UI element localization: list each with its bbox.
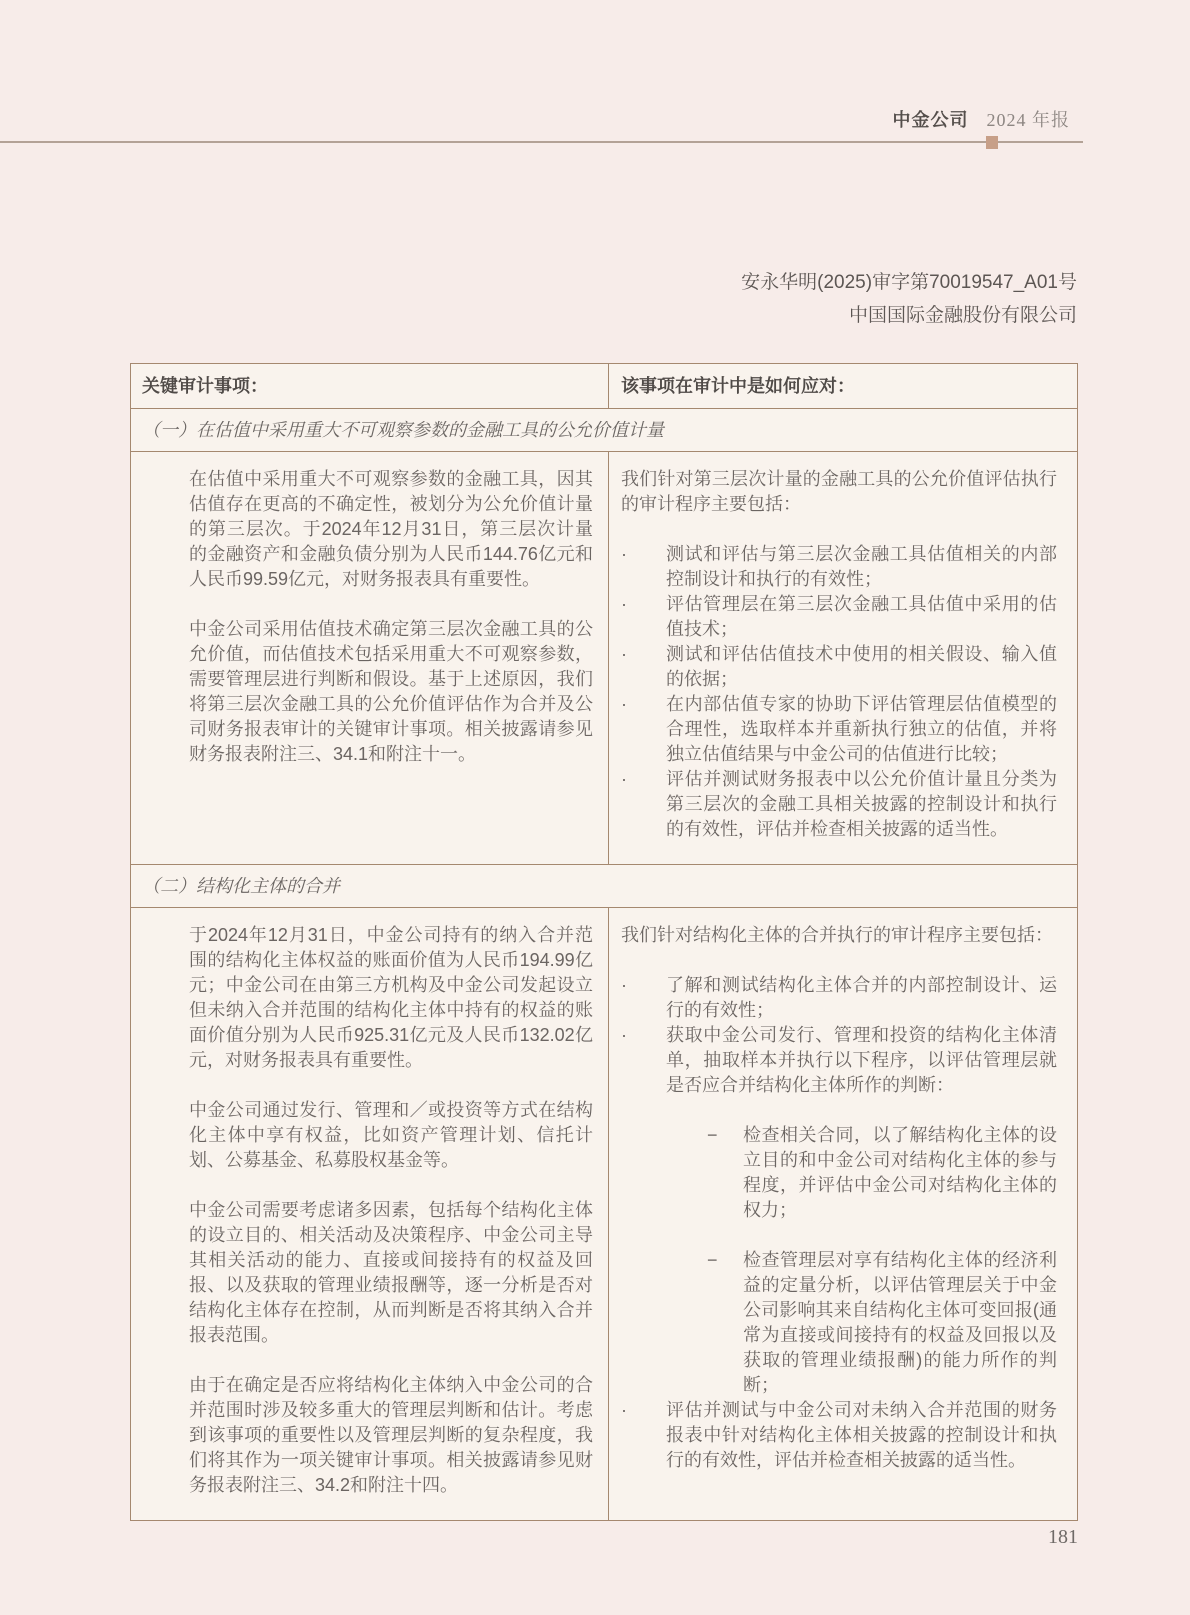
brand-name: 中金公司 [893,110,969,130]
bullet-marker: · [621,1023,666,1098]
paragraph: 中金公司采用估值技术确定第三层次金融工具的公允价值，而估值技术包括采用重大不可观… [189,617,593,767]
bullet-marker: · [621,767,666,842]
paragraph: 于2024年12月31日，中金公司持有的纳入合并范围的结构化主体权益的账面价值为… [189,923,593,1073]
bullet-text: 评估管理层在第三层次金融工具估值中采用的估值技术； [666,592,1057,642]
paragraph: 由于在确定是否应将结构化主体纳入中金公司的合并范围时涉及较多重大的管理层判断和估… [189,1373,593,1498]
bullet-marker: · [621,592,666,642]
dash-marker: − [707,1248,743,1398]
bullet-text: 评估并测试与中金公司对未纳入合并范围的财务报表中针对结构化主体相关披露的控制设计… [666,1398,1057,1473]
bullet-item: · 评估并测试财务报表中以公允价值计量且分类为第三层次的金融工具相关披露的控制设… [621,767,1057,842]
bullet-text: 测试和评估与第三层次金融工具估值相关的内部控制设计和执行的有效性； [666,542,1057,592]
header-rule [0,141,1083,143]
section-2-content-row: 于2024年12月31日，中金公司持有的纳入合并范围的结构化主体权益的账面价值为… [131,908,1077,1520]
sub-item: − 检查管理层对享有结构化主体的经济利益的定量分析，以评估管理层关于中金公司影响… [707,1248,1057,1398]
section-2-response-cell: 我们针对结构化主体的合并执行的审计程序主要包括： · 了解和测试结构化主体合并的… [609,908,1077,1520]
audit-reference-block: 安永华明(2025)审字第70019547_A01号 中国国际金融股份有限公司 [741,266,1077,332]
bullet-text: 获取中金公司发行、管理和投资的结构化主体清单，抽取样本并执行以下程序，以评估管理… [666,1023,1057,1098]
section-2-kam-cell: 于2024年12月31日，中金公司持有的纳入合并范围的结构化主体权益的账面价值为… [131,908,609,1520]
bullet-item: · 在内部估值专家的协助下评估管理层估值模型的合理性，选取样本并重新执行独立的估… [621,692,1057,767]
paragraph: 中金公司需要考虑诸多因素，包括每个结构化主体的设立目的、相关活动及决策程序、中金… [189,1198,593,1348]
section-1-kam-cell: 在估值中采用重大不可观察参数的金融工具，因其估值存在更高的不确定性，被划分为公允… [131,452,609,864]
bullet-marker: · [621,542,666,592]
paragraph: 中金公司通过发行、管理和／或投资等方式在结构化主体中享有权益，比如资产管理计划、… [189,1098,593,1173]
bullet-text: 在内部估值专家的协助下评估管理层估值模型的合理性，选取样本并重新执行独立的估值，… [666,692,1057,767]
bullet-marker: · [621,692,666,767]
sub-item-text: 检查管理层对享有结构化主体的经济利益的定量分析，以评估管理层关于中金公司影响其来… [743,1248,1057,1398]
section-1-content-row: 在估值中采用重大不可观察参数的金融工具，因其估值存在更高的不确定性，被划分为公允… [131,452,1077,865]
bullet-item: · 评估并测试与中金公司对未纳入合并范围的财务报表中针对结构化主体相关披露的控制… [621,1398,1057,1473]
response-intro: 我们针对结构化主体的合并执行的审计程序主要包括： [621,923,1057,948]
audit-reference-number: 安永华明(2025)审字第70019547_A01号 [741,266,1077,299]
section-2-title-row: （二）结构化主体的合并 [131,865,1077,908]
bullet-item: · 获取中金公司发行、管理和投资的结构化主体清单，抽取样本并执行以下程序，以评估… [621,1023,1057,1098]
bullet-text: 了解和测试结构化主体合并的内部控制设计、运行的有效性； [666,973,1057,1023]
sub-item-text: 检查相关合同，以了解结构化主体的设立目的和中金公司对结构化主体的参与程度，并评估… [743,1123,1057,1223]
running-head: 中金公司2024 年报 [893,106,1071,132]
edition-label: 2024 年报 [987,110,1071,130]
paragraph: 在估值中采用重大不可观察参数的金融工具，因其估值存在更高的不确定性，被划分为公允… [189,467,593,592]
bullet-marker: · [621,973,666,1023]
table-header-row: 关键审计事项： 该事项在审计中是如何应对： [131,364,1077,409]
section-1-title-row: （一）在估值中采用重大不可观察参数的金融工具的公允价值计量 [131,409,1077,452]
header-accent-square [986,136,998,149]
section-1-title: （一）在估值中采用重大不可观察参数的金融工具的公允价值计量 [131,409,1077,451]
response-intro: 我们针对第三层次计量的金融工具的公允价值评估执行的审计程序主要包括： [621,467,1057,517]
company-name: 中国国际金融股份有限公司 [741,299,1077,332]
kam-column-header: 关键审计事项： [131,364,609,408]
section-2-title: （二）结构化主体的合并 [131,865,1077,907]
section-1-response-cell: 我们针对第三层次计量的金融工具的公允价值评估执行的审计程序主要包括： · 测试和… [609,452,1077,864]
bullet-marker: · [621,1398,666,1473]
bullet-item: · 评估管理层在第三层次金融工具估值中采用的估值技术； [621,592,1057,642]
bullet-marker: · [621,642,666,692]
dash-marker: − [707,1123,743,1223]
bullet-item: · 测试和评估估值技术中使用的相关假设、输入值的依据； [621,642,1057,692]
response-column-header: 该事项在审计中是如何应对： [609,364,1077,408]
bullet-text: 测试和评估估值技术中使用的相关假设、输入值的依据； [666,642,1057,692]
key-audit-matters-table: 关键审计事项： 该事项在审计中是如何应对： （一）在估值中采用重大不可观察参数的… [130,363,1078,1521]
bullet-item: · 测试和评估与第三层次金融工具估值相关的内部控制设计和执行的有效性； [621,542,1057,592]
page-number: 181 [1033,1526,1093,1549]
bullet-text: 评估并测试财务报表中以公允价值计量且分类为第三层次的金融工具相关披露的控制设计和… [666,767,1057,842]
sub-item: − 检查相关合同，以了解结构化主体的设立目的和中金公司对结构化主体的参与程度，并… [707,1123,1057,1223]
bullet-item: · 了解和测试结构化主体合并的内部控制设计、运行的有效性； [621,973,1057,1023]
report-page: 中金公司2024 年报 安永华明(2025)审字第70019547_A01号 中… [0,0,1190,1615]
